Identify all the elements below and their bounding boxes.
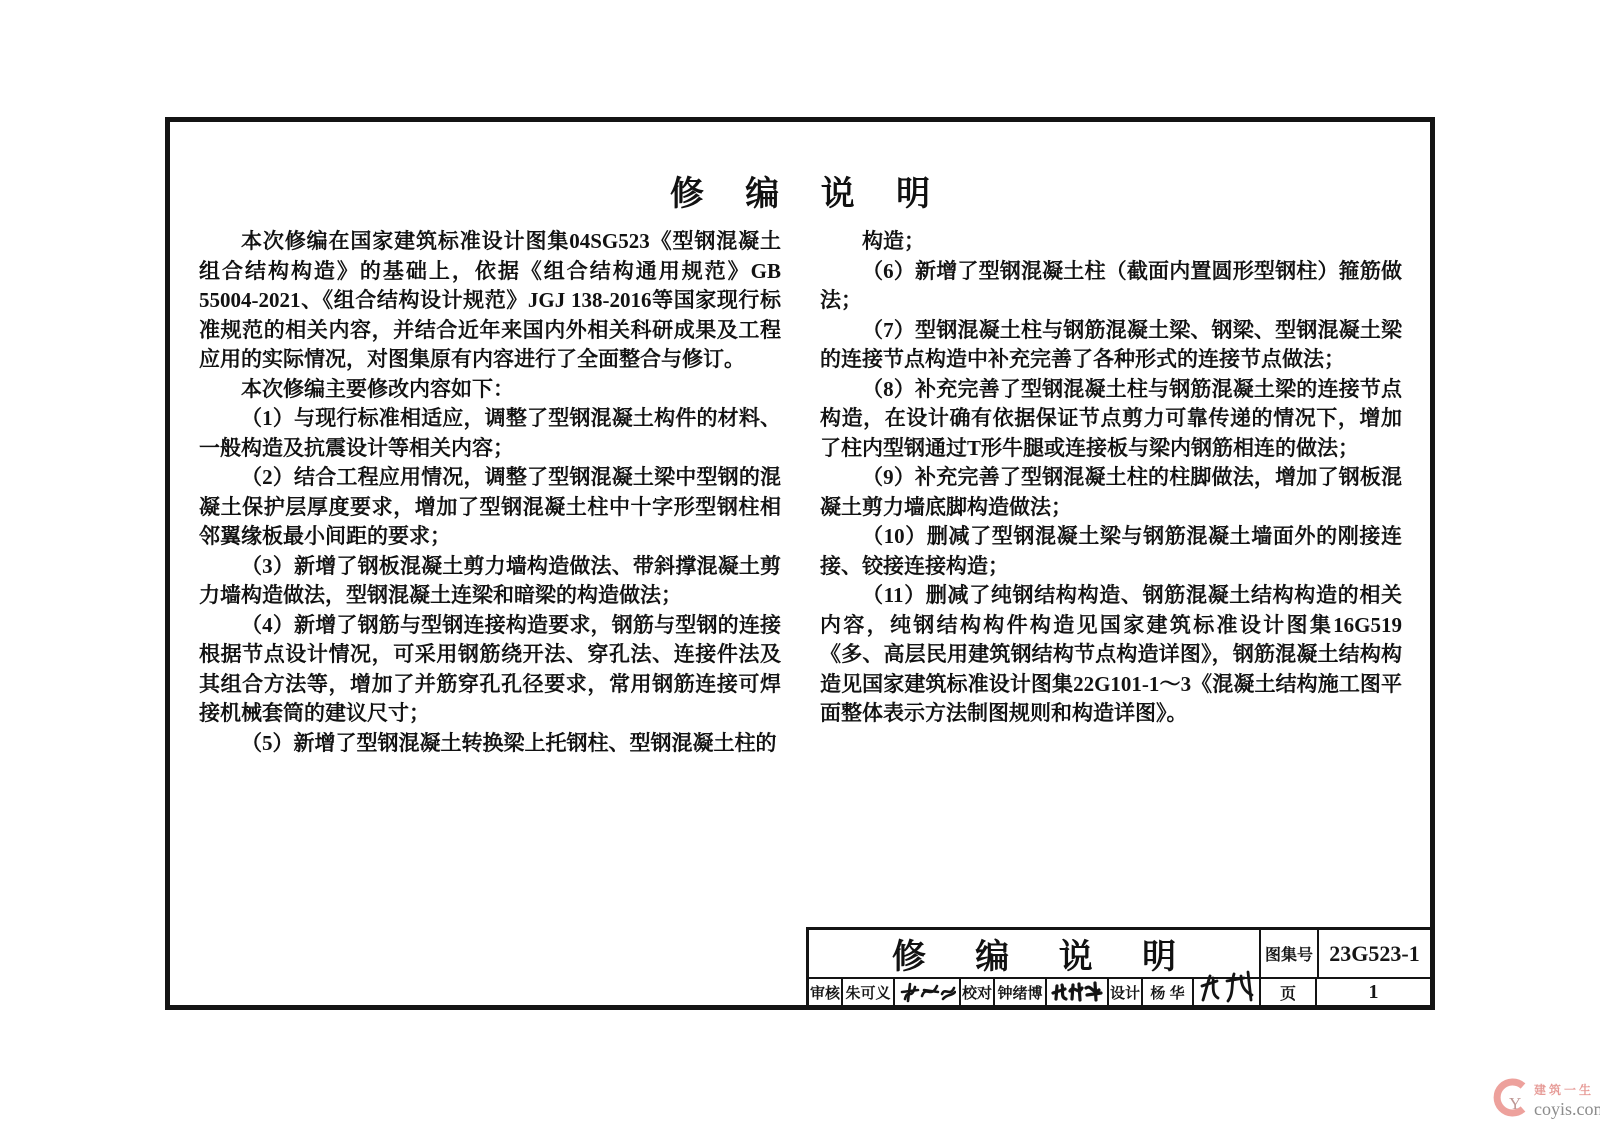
reviewer-name: 朱可义 bbox=[841, 979, 893, 1005]
atlas-number-label: 图集号 bbox=[1259, 930, 1317, 977]
watermark: Y 建筑一生 coyis.com bbox=[1490, 1077, 1600, 1120]
check-label: 校对 bbox=[959, 979, 993, 1005]
page-title: 修 编 说 明 bbox=[170, 166, 1430, 215]
paragraph: （9）补充完善了型钢混凝土柱的柱脚做法，增加了钢板混凝土剪力墙底脚构造做法； bbox=[820, 463, 1402, 522]
paragraph: （5）新增了型钢混凝土转换梁上托钢柱、型钢混凝土柱的 bbox=[199, 729, 781, 759]
paragraph: （6）新增了型钢混凝土柱（截面内置圆形型钢柱）箍筋做法； bbox=[820, 257, 1402, 316]
title-block-row-bottom: 审核 朱可义 校对 bbox=[809, 979, 1430, 1005]
designer-name: 杨 华 bbox=[1141, 979, 1192, 1005]
paragraph: （3）新增了钢板混凝土剪力墙构造做法、带斜撑混凝土剪力墙构造做法，型钢混凝土连梁… bbox=[199, 552, 781, 611]
checker-signature-icon bbox=[1045, 979, 1107, 1005]
paragraph: （2）结合工程应用情况，调整了型钢混凝土梁中型钢的混凝土保护层厚度要求，增加了型… bbox=[199, 463, 781, 552]
watermark-text: 建筑一生 coyis.com bbox=[1534, 1077, 1600, 1120]
paragraph: （7）型钢混凝土柱与钢筋混凝土梁、钢梁、型钢混凝土梁的连接节点构造中补充完善了各… bbox=[820, 316, 1402, 375]
watermark-logo-icon: Y bbox=[1490, 1077, 1532, 1119]
page-number-value: 1 bbox=[1315, 979, 1430, 1005]
designer-signature-icon bbox=[1192, 979, 1259, 1005]
watermark-y-letter: Y bbox=[1509, 1094, 1521, 1114]
right-text-column: 构造；（6）新增了型钢混凝土柱（截面内置圆形型钢柱）箍筋做法；（7）型钢混凝土柱… bbox=[820, 227, 1402, 729]
watermark-brand: 建筑一生 bbox=[1534, 1081, 1600, 1098]
paragraph: （8）补充完善了型钢混凝土柱与钢筋混凝土梁的连接节点构造，在设计确有依据保证节点… bbox=[820, 375, 1402, 464]
document-page: 修 编 说 明 本次修编在国家建筑标准设计图集04SG523《型钢混凝土组合结构… bbox=[0, 0, 1600, 1130]
paragraph: 本次修编在国家建筑标准设计图集04SG523《型钢混凝土组合结构构造》的基础上，… bbox=[199, 227, 781, 375]
design-label: 设计 bbox=[1107, 979, 1141, 1005]
paragraph: （10）删减了型钢混凝土梁与钢筋混凝土墙面外的刚接连接、铰接连接构造； bbox=[820, 522, 1402, 581]
paragraph: （1）与现行标准相适应，调整了型钢混凝土构件的材料、一般构造及抗震设计等相关内容… bbox=[199, 404, 781, 463]
paragraph: （11）删减了纯钢结构构造、钢筋混凝土结构构造的相关内容，纯钢结构构件构造见国家… bbox=[820, 581, 1402, 729]
title-block-row-top: 修 编 说 明 图集号 23G523-1 bbox=[809, 930, 1430, 979]
paragraph: 本次修编主要修改内容如下： bbox=[199, 375, 781, 405]
left-text-column: 本次修编在国家建筑标准设计图集04SG523《型钢混凝土组合结构构造》的基础上，… bbox=[199, 227, 781, 758]
page-frame: 修 编 说 明 本次修编在国家建筑标准设计图集04SG523《型钢混凝土组合结构… bbox=[165, 117, 1435, 1010]
title-block: 修 编 说 明 图集号 23G523-1 审核 朱可义 bbox=[806, 927, 1430, 1005]
watermark-site: coyis.com bbox=[1534, 1099, 1600, 1120]
atlas-number-value: 23G523-1 bbox=[1317, 930, 1430, 977]
page-number-label: 页 bbox=[1259, 979, 1315, 1005]
reviewer-signature-icon bbox=[893, 979, 959, 1005]
title-block-title: 修 编 说 明 bbox=[809, 930, 1259, 977]
paragraph: （4）新增了钢筋与型钢连接构造要求，钢筋与型钢的连接根据节点设计情况，可采用钢筋… bbox=[199, 611, 781, 729]
paragraph: 构造； bbox=[820, 227, 1402, 257]
review-label: 审核 bbox=[809, 979, 841, 1005]
checker-name: 钟绪博 bbox=[993, 979, 1045, 1005]
